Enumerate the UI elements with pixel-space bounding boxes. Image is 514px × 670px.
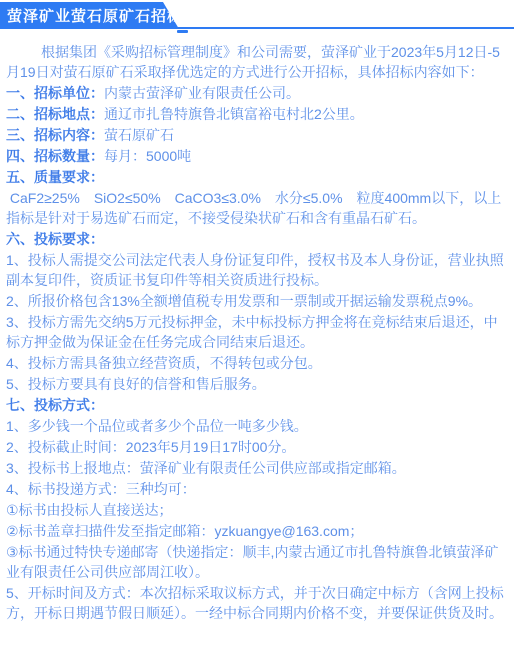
bid-method-item: 2、投标截止时间：2023年5月19日17时00分。	[6, 437, 507, 457]
section-quality-requirements: 五、质量要求：	[6, 167, 507, 187]
section-label: 三、招标内容：	[6, 127, 104, 143]
bid-requirement-item: 5、投标方要具有良好的信誉和售后服务。	[6, 374, 507, 394]
section-label: 一、招标单位：	[6, 85, 104, 101]
section-text: 萤石原矿石	[104, 127, 174, 143]
section-bid-requirements: 六、投标要求：	[6, 229, 507, 249]
section-bid-method: 七、投标方式：	[6, 395, 507, 415]
section-label: 六、投标要求：	[6, 231, 104, 247]
page-header: 萤泽矿业萤石原矿石招标	[0, 2, 514, 33]
section-bidding-quantity: 四、招标数量：每月：5000吨	[6, 146, 507, 166]
bid-requirement-item: 3、投标方需先交纳5万元投标押金，未中标投标方押金将在竞标结束后退还，中标方押金…	[6, 312, 507, 352]
quality-spec-paragraph: CaF2≥25% SiO2≤50% CaCO3≤3.0% 水分≤5.0% 粒度4…	[6, 188, 507, 228]
bid-delivery-option-email: ②标书盖章扫描件发至指定邮箱：yzkuangye@163.com；	[6, 521, 507, 541]
section-bidding-unit: 一、招标单位：内蒙古萤泽矿业有限责任公司。	[6, 83, 507, 103]
section-label: 二、招标地点：	[6, 106, 104, 122]
section-bidding-content: 三、招标内容：萤石原矿石	[6, 125, 507, 145]
section-label: 四、招标数量：	[6, 148, 104, 164]
intro-paragraph: 根据集团《采购招标管理制度》和公司需要，萤泽矿业于2023年5月12日-5月19…	[6, 42, 507, 82]
bid-delivery-option-courier: ③标书通过特快专递邮寄（快递指定：顺丰,内蒙古通辽市扎鲁特旗鲁北镇萤泽矿业有限责…	[6, 542, 507, 582]
section-label: 七、投标方式：	[6, 397, 104, 413]
bid-requirement-item: 2、所报价格包含13%全额增值税专用发票和一票制或开据运输发票税点9%。	[6, 291, 507, 311]
section-bidding-location: 二、招标地点：通辽市扎鲁特旗鲁北镇富裕屯村北2公里。	[6, 104, 507, 124]
bid-method-item: 4、标书投递方式：三种均可：	[6, 479, 507, 499]
page-title: 萤泽矿业萤石原矿石招标	[7, 5, 183, 26]
bid-method-item: 5、开标时间及方式：本次招标采取议标方式，并于次日确定中标方（含网上投标方，开标…	[6, 583, 507, 623]
section-text: 每月：5000吨	[104, 148, 191, 164]
bid-method-item: 1、多少钱一个品位或者多少个品位一吨多少钱。	[6, 416, 507, 436]
bid-method-item: 3、投标书上报地点：萤泽矿业有限责任公司供应部或指定邮箱。	[6, 458, 507, 478]
section-text: 内蒙古萤泽矿业有限责任公司。	[104, 85, 300, 101]
bid-delivery-option: ①标书由投标人直接送达；	[6, 500, 507, 520]
section-label: 五、质量要求：	[6, 169, 104, 185]
bid-requirement-item: 1、投标人需提交公司法定代表人身份证复印件，授权书及本人身份证，营业执照副本复印…	[6, 250, 507, 290]
bid-requirement-item: 4、投标方需具备独立经营资质，不得转包或分包。	[6, 353, 507, 373]
section-text: 通辽市扎鲁特旗鲁北镇富裕屯村北2公里。	[104, 106, 364, 122]
title-banner: 萤泽矿业萤石原矿石招标	[0, 2, 179, 29]
document-body: 根据集团《采购招标管理制度》和公司需要，萤泽矿业于2023年5月12日-5月19…	[0, 33, 514, 623]
banner-tail-accent	[177, 30, 188, 33]
